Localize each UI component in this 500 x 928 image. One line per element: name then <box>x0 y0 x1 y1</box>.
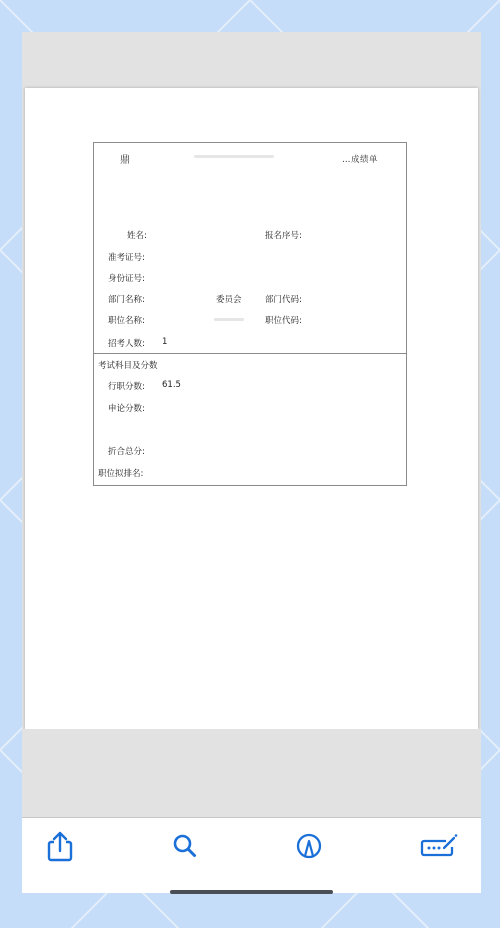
signature-icon <box>420 833 458 859</box>
markup-icon <box>296 833 322 859</box>
share-icon <box>45 830 75 862</box>
share-button[interactable] <box>42 828 78 864</box>
page-gutter <box>22 729 481 817</box>
shenlun-label: 申论分数: <box>108 402 145 414</box>
recruit-count-label: 招考人数: <box>108 337 145 349</box>
dept-name-value: 委员会 <box>216 293 242 305</box>
score-report: 鼎 …成绩单 姓名: 报名序号: 准考证号: 身份证号: 部门名称: 委员会 部… <box>93 142 407 486</box>
position-code-label: 职位代码: <box>265 314 302 326</box>
redacted-text <box>214 318 244 321</box>
pdf-page[interactable]: 鼎 …成绩单 姓名: 报名序号: 准考证号: 身份证号: 部门名称: 委员会 部… <box>25 88 478 729</box>
section-divider <box>94 353 406 354</box>
reg-no-label: 报名序号: <box>265 229 302 241</box>
markup-button[interactable] <box>291 828 327 864</box>
dept-code-label: 部门代码: <box>265 293 302 305</box>
recruit-count-value: 1 <box>162 337 167 347</box>
name-label: 姓名: <box>127 229 147 241</box>
admission-label: 准考证号: <box>108 251 145 263</box>
search-button[interactable] <box>167 828 203 864</box>
bottom-toolbar <box>22 817 481 893</box>
header-logo-glyph: 鼎 <box>120 151 130 166</box>
total-label: 折合总分: <box>108 445 145 457</box>
search-icon <box>172 833 198 859</box>
xingce-label: 行职分数: <box>108 380 145 392</box>
redacted-text <box>194 155 274 158</box>
fill-sign-button[interactable] <box>419 828 459 864</box>
scores-section-title: 考试科目及分数 <box>98 359 158 371</box>
xingce-value: 61.5 <box>162 380 181 390</box>
top-bar <box>22 32 481 88</box>
report-title: …成绩单 <box>342 153 378 165</box>
rank-label: 职位拟排名: <box>98 467 143 479</box>
id-label: 身份证号: <box>108 272 145 284</box>
pdf-viewer: 鼎 …成绩单 姓名: 报名序号: 准考证号: 身份证号: 部门名称: 委员会 部… <box>22 32 481 892</box>
home-indicator[interactable] <box>170 890 333 894</box>
position-name-label: 职位名称: <box>108 314 145 326</box>
dept-name-label: 部门名称: <box>108 293 145 305</box>
